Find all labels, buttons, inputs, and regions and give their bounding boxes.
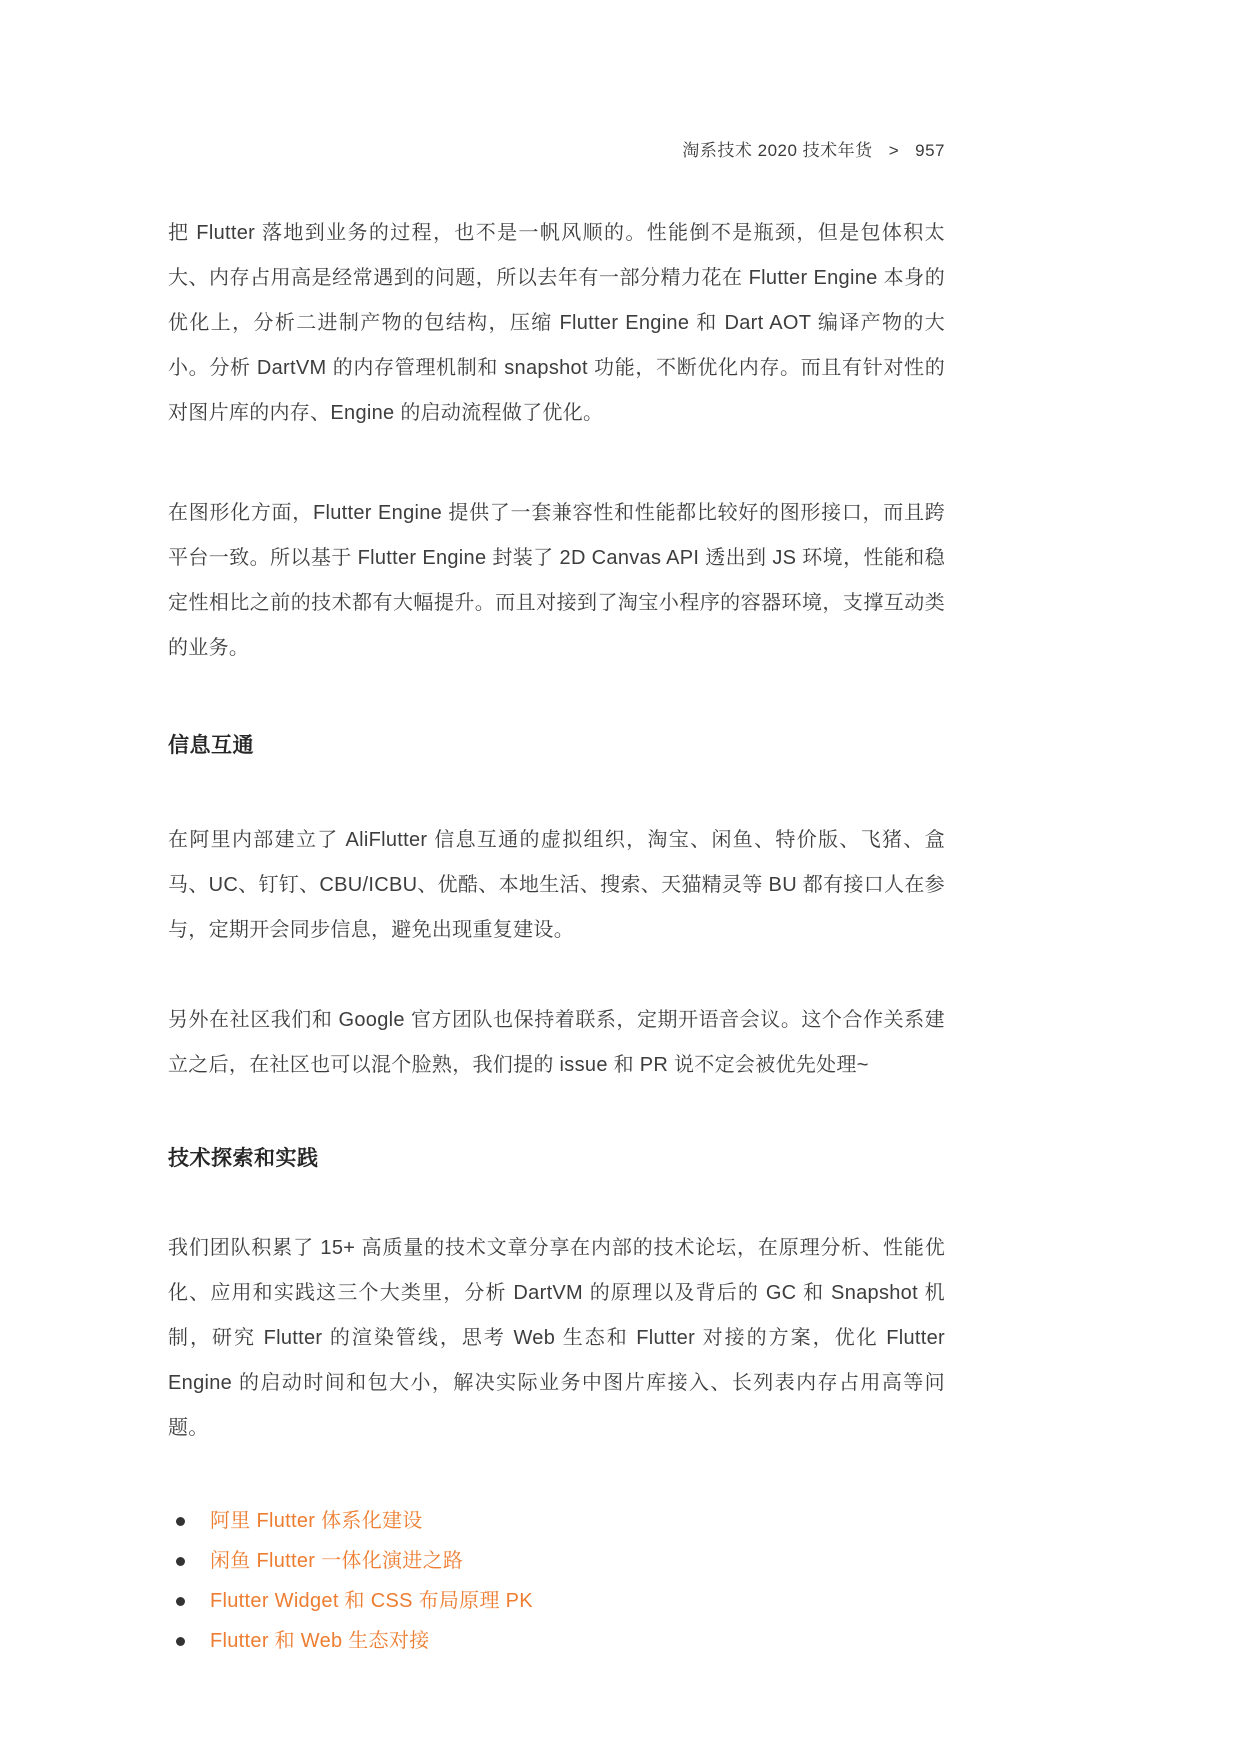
paragraph-google-community: 另外在社区我们和 Google 官方团队也保持着联系，定期开语音会议。这个合作关… (168, 998, 945, 1088)
article-link-list: 阿里 Flutter 体系化建设 闲鱼 Flutter 一体化演进之路 Flut… (168, 1501, 945, 1661)
list-item: 闲鱼 Flutter 一体化演进之路 (168, 1541, 945, 1581)
bullet-icon (176, 1557, 185, 1566)
list-item: 阿里 Flutter 体系化建设 (168, 1501, 945, 1541)
section-heading-tech-exploration: 技术探索和实践 (168, 1136, 945, 1181)
document-page: 淘系技术 2020 技术年货 > 957 把 Flutter 落地到业务的过程，… (0, 0, 1240, 1755)
page-header: 淘系技术 2020 技术年货 > 957 (168, 136, 945, 161)
list-item: Flutter Widget 和 CSS 布局原理 PK (168, 1581, 945, 1621)
paragraph-aliflutter-org: 在阿里内部建立了 AliFlutter 信息互通的虚拟组织，淘宝、闲鱼、特价版、… (168, 818, 945, 953)
article-link-widget-css-pk[interactable]: Flutter Widget 和 CSS 布局原理 PK (210, 1581, 533, 1621)
page-number: 957 (915, 141, 945, 161)
paragraph-tech-articles: 我们团队积累了 15+ 高质量的技术文章分享在内部的技术论坛，在原理分析、性能优… (168, 1226, 945, 1451)
article-link-ali-flutter-system[interactable]: 阿里 Flutter 体系化建设 (210, 1501, 423, 1541)
header-separator: > (889, 141, 899, 161)
paragraph-flutter-landing: 把 Flutter 落地到业务的过程，也不是一帆风顺的。性能倒不是瓶颈，但是包体… (168, 211, 945, 436)
article-link-xianyu-flutter-evolution[interactable]: 闲鱼 Flutter 一体化演进之路 (210, 1541, 463, 1581)
section-heading-info-exchange: 信息互通 (168, 723, 945, 768)
bullet-icon (176, 1517, 185, 1526)
bullet-icon (176, 1637, 185, 1646)
list-item: Flutter 和 Web 生态对接 (168, 1621, 945, 1661)
paragraph-graphics-canvas: 在图形化方面，Flutter Engine 提供了一套兼容性和性能都比较好的图形… (168, 491, 945, 671)
doc-title: 淘系技术 2020 技术年货 (682, 136, 872, 161)
article-link-flutter-web-ecosystem[interactable]: Flutter 和 Web 生态对接 (210, 1621, 430, 1661)
bullet-icon (176, 1597, 185, 1606)
